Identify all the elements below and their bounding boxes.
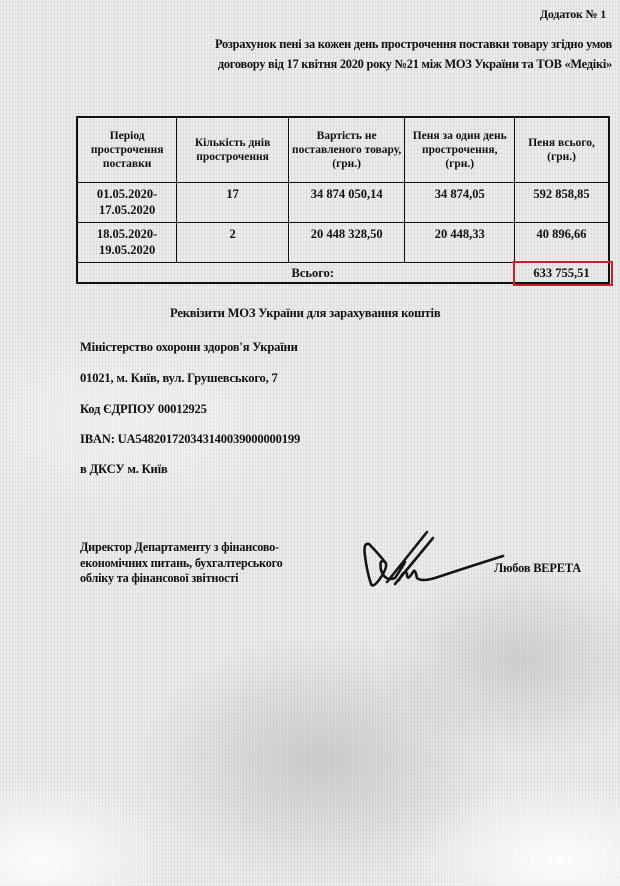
period-start: 01.05.2020-	[81, 186, 173, 202]
requisite-ministry: Міністерство охорони здоров'я України	[80, 340, 298, 355]
cell-days: 17	[177, 183, 289, 223]
total-value: 633 755,51	[533, 266, 589, 280]
requisites-title: Реквізити МОЗ України для зарахування ко…	[170, 306, 440, 321]
period-end: 19.05.2020	[81, 242, 173, 258]
cell-penalty-per-day: 34 874,05	[405, 183, 515, 223]
cell-days: 2	[177, 223, 289, 263]
signature-icon	[355, 522, 505, 602]
cell-undelivered-value: 20 448 328,50	[288, 223, 405, 263]
table-row: 01.05.2020- 17.05.2020 17 34 874 050,14 …	[77, 183, 609, 223]
requisite-treasury: в ДКСУ м. Київ	[80, 462, 168, 477]
period-end: 17.05.2020	[81, 202, 173, 218]
position-line-1: Директор Департаменту з фінансово-	[80, 540, 360, 556]
requisite-address: 01021, м. Київ, вул. Грушевського, 7	[80, 371, 278, 386]
signatory-position: Директор Департаменту з фінансово- еконо…	[80, 540, 360, 587]
signatory-name: Любов ВЕРЕТА	[494, 561, 581, 576]
cell-penalty-total: 40 896,66	[515, 223, 609, 263]
title-line-1: Розрахунок пені за кожен день прострочен…	[84, 34, 612, 54]
cell-penalty-total: 592 858,85	[515, 183, 609, 223]
cell-undelivered-value: 34 874 050,14	[288, 183, 405, 223]
total-value-cell: 633 755,51	[515, 263, 609, 284]
header-penalty-total: Пеня всього, (грн.)	[515, 117, 609, 183]
header-days: Кількість днів прострочення	[177, 117, 289, 183]
penalty-table: Період прострочення поставки Кількість д…	[76, 116, 610, 284]
table-header-row: Період прострочення поставки Кількість д…	[77, 117, 609, 183]
cell-period: 01.05.2020- 17.05.2020	[77, 183, 177, 223]
header-penalty-per-day: Пеня за один день прострочення, (грн.)	[405, 117, 515, 183]
header-undelivered-value: Вартість не поставленого товару, (грн.)	[288, 117, 405, 183]
position-line-3: обліку та фінансової звітності	[80, 571, 360, 587]
table-total-row: Всього: 633 755,51	[77, 263, 609, 284]
cell-period: 18.05.2020- 19.05.2020	[77, 223, 177, 263]
document-title: Розрахунок пені за кожен день прострочен…	[84, 34, 612, 74]
annex-number: Додаток № 1	[540, 7, 606, 22]
requisite-edrpou: Код ЄДРПОУ 00012925	[80, 402, 207, 417]
total-label: Всього:	[77, 263, 515, 284]
header-period: Період прострочення поставки	[77, 117, 177, 183]
position-line-2: економічних питань, бухгалтерського	[80, 556, 360, 572]
requisite-iban: IBAN: UA548201720343140039000000199	[80, 432, 300, 447]
title-line-2: договору від 17 квітня 2020 року №21 між…	[84, 54, 612, 74]
period-start: 18.05.2020-	[81, 226, 173, 242]
cell-penalty-per-day: 20 448,33	[405, 223, 515, 263]
table-row: 18.05.2020- 19.05.2020 2 20 448 328,50 2…	[77, 223, 609, 263]
